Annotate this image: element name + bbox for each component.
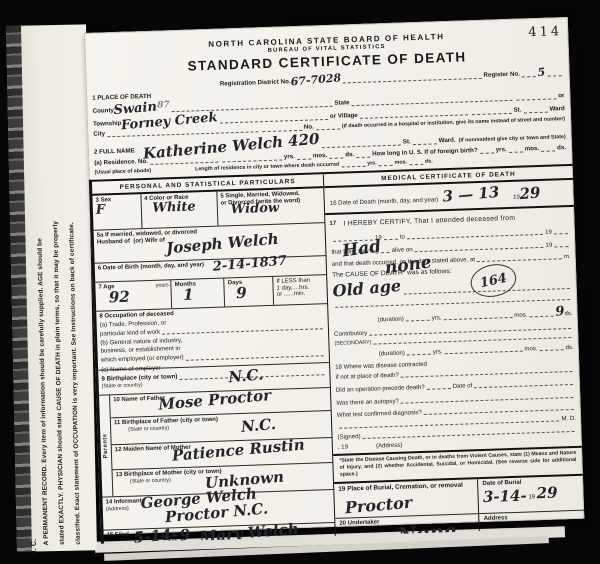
registration-district-value: 67-7028 [290,73,341,87]
date-of-label: Date of [453,383,473,391]
burial-label: 19 Place of Burial, Cremation, or remova… [338,482,463,493]
personal-particulars-column: PERSONAL AND STATISTICAL PARTICULARS 3 S… [92,174,335,543]
spouse-value: Joseph Welch [166,232,279,255]
parents-label: Parents [102,433,109,458]
abode-note: (Usual place of abode) [95,169,152,177]
where-contracted-label2: if not at place of death? [335,372,399,381]
ds-label: ds. [425,159,433,165]
mos-label: mos. [395,160,408,166]
address-note: (Address) [376,442,403,450]
duration-days-value: 9 [555,306,565,318]
undertaker-address-label: Address [484,516,508,523]
handwritten-had: Had [341,239,382,260]
mother-maiden-value: Patience Rustin [172,438,306,463]
printed-19: 19 [545,242,552,249]
state-label: State [334,100,349,107]
ds-label: ds. [557,145,566,152]
printed-19: 19 [545,229,552,236]
age-years-value: 92 [108,287,129,306]
informant-label: 14 Informant [105,498,141,505]
dob-value: 2-14-1837 [212,255,287,273]
nonresident-note: (If nonresident give city or town and St… [459,135,566,144]
county-label: County [93,108,115,116]
certify-statement: I HEREBY CERTIFY, That I attended deceas… [343,215,515,229]
medical-certificate-column: MEDICAL CERTIFICATE OF DEATH 16 Date of … [323,166,585,536]
burial-date-value: 3-14- [483,487,527,506]
m-label: m. [564,253,571,260]
ward-label: Ward [549,106,564,113]
city-label: City [93,132,105,139]
secondary-label: (SECONDARY) [334,340,371,347]
autopsy-label: Was there an autopsy? [336,398,399,407]
occupation-b: which employed (or employer) [101,355,184,365]
township-label: Township [93,121,122,129]
or-label: or [558,93,564,100]
fullname-st-label: St. [403,139,411,146]
contributory-label: Contributory [334,330,367,338]
dod-year-value: 29 [519,186,541,201]
birthplace-value: N.C. [228,368,264,384]
ds-label: ds. [565,344,573,351]
burial-year-value: 29 [536,484,557,503]
register-no-value: 5 [538,68,546,79]
mos-label: mos. [524,345,537,352]
cause-of-death-value: Old age [332,279,401,299]
mos-label: mos. [313,153,328,160]
fullname-ward-label: Ward. [439,138,456,145]
date-of-death-label: 16 Date of Death (month, day, and year) [330,197,439,208]
state-country-note: (State or country) [130,477,171,484]
operation-label: Did an operation precede death? [336,384,425,394]
sex-value: F [96,202,106,217]
certify-item-number: 17 [329,221,336,227]
age-years-label: years [156,282,169,289]
state-country-note: (State or country) [102,382,143,389]
filed-label: 15 Filed [107,531,130,538]
duration-label: (duration) [379,350,405,358]
certificate-body: PERSONAL AND STATISTICAL PARTICULARS 3 S… [89,164,585,544]
yrs-label: yrs. [496,147,507,154]
test-diagnosis-label: What test confirmed diagnosis? [337,409,422,419]
st-label: St. [514,108,522,115]
registration-district-label: Registration District No. [220,79,291,88]
village-label: or Village [330,113,358,121]
comma-19-label: , 19 [338,444,348,451]
age-less-note: or ......min. [277,291,306,298]
full-name-label: 2 FULL NAME [94,148,135,156]
state-country-note: (State or country) [128,425,169,432]
occupation-a: particular kind of work [100,329,160,338]
signed-label: (Signed) [337,433,360,441]
margin-state-abbrev: N. C. [26,315,38,555]
margin-instruction-line: classified. Exact statement of OCCUPATIO… [64,33,82,545]
father-name-value: Mose Proctor [158,389,272,412]
register-no-label: Register No. [483,72,520,80]
burial-19-printed: 19 [528,495,535,501]
yrs-label: yrs. [433,349,443,356]
margin-instruction-line: stated EXACTLY. PHYSICIAN should state C… [48,33,66,545]
age-days-value: 9 [236,283,247,301]
informant-address-label: (Address) [106,505,129,512]
dob-label: 6 Date of Birth (month, day, and year) [98,262,204,272]
filed-year-value: 9 [179,528,191,542]
race-value: White [152,199,196,215]
yrs-label: yrs. [367,161,377,167]
yrs-label: yrs. [284,154,295,161]
spouse-label: Husband of [97,238,130,245]
father-birthplace-value: N.C. [241,418,277,434]
county-stray-mark: 87 [157,102,170,111]
scanned-death-certificate-photo: { "photo": { "page_number": "414" }, "ma… [0,0,600,564]
undertaker-label: 20 Undertaker [339,520,379,527]
last-saw-label: alive on [392,246,413,254]
spouse-label: (or) Wife of [133,237,165,244]
certificate-page: 414 NORTH CAROLINA STATE BOARD OF HEALTH… [84,17,584,535]
duration-label: (duration) [378,316,404,324]
ds-label: ds. [345,152,354,159]
county-value: Swain [113,101,157,116]
yrs-label: yrs. [432,315,442,322]
to-label: to [400,233,405,240]
age-less-note: 1 day,....hrs. [277,284,310,291]
mos-label: mos. [514,312,527,319]
age-months-value: 1 [183,285,194,303]
page-number-stamp: 414 [528,24,562,40]
md-label: M. D. [561,415,576,422]
marital-value: Widow [231,201,280,218]
burial-value: Proctor [344,496,412,516]
book-binding-margin: N. C. A PERMANENT RECORD. Every item of … [6,24,97,552]
date-of-death-value: 3 — 13 [442,186,500,204]
ds-label: ds. [564,310,572,317]
occupation-label: 8 Occupation of deceased [99,311,174,319]
mos-label: mos. [525,146,540,153]
cause-code-value: 164 [479,270,509,290]
